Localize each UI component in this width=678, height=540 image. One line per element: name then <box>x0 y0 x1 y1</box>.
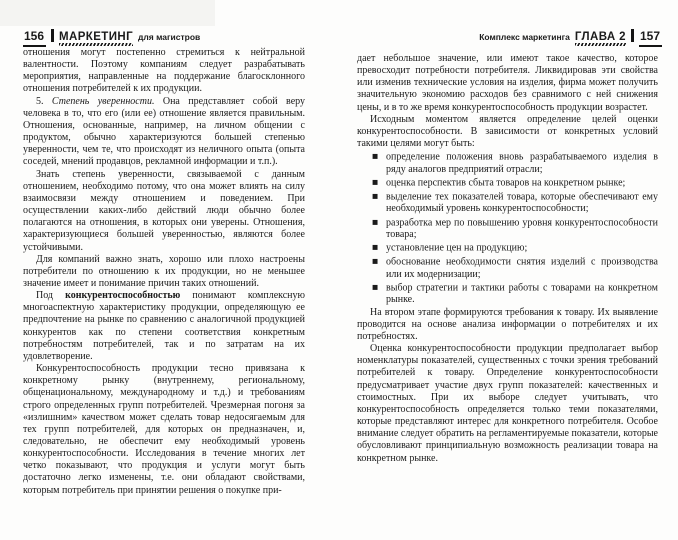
text-run: установление цен на продукцию; <box>386 243 527 254</box>
text-run: Конкурентоспособность продукции тесно пр… <box>23 363 305 496</box>
text-run: 5. <box>36 96 52 107</box>
bullet-square-icon: ■ <box>372 190 386 202</box>
paragraph: Конкурентоспособность продукции тесно пр… <box>23 363 305 497</box>
running-title: Комплекс маркетинга <box>479 32 570 42</box>
text-run: обоснование необходимости снятия изделий… <box>386 257 658 280</box>
text-run: Степень уверенности. <box>52 96 155 107</box>
text-run: конкурентоспособностью <box>65 290 180 301</box>
bullet-square-icon: ■ <box>372 255 386 267</box>
paragraph: дает небольшое значение, или имеют такое… <box>357 53 658 114</box>
text-run: выбор стратегии и тактики работы с товар… <box>386 282 658 305</box>
paragraph: Под конкурентоспособностью понимают комп… <box>23 290 305 363</box>
right-page-number: 157 <box>639 29 662 47</box>
text-run: Знать степень уверенности, связываемой с… <box>23 169 305 253</box>
bullet-square-icon: ■ <box>372 176 386 188</box>
bullet-item: ■оценка перспектив сбыта товаров на конк… <box>372 176 658 190</box>
bullet-item: ■установление цен на продукцию; <box>372 241 658 255</box>
paragraph: отношения могут постепенно стремиться к … <box>23 47 305 96</box>
text-run: определение положения вновь разрабатывае… <box>386 152 658 175</box>
bullet-item: ■определение положения вновь разрабатыва… <box>372 150 658 176</box>
left-page-number: 156 <box>23 29 46 47</box>
scan-artifact <box>0 0 215 26</box>
paragraph: Знать степень уверенности, связываемой с… <box>23 169 305 254</box>
bullet-item: ■обоснование необходимости снятия издели… <box>372 255 658 281</box>
bullet-square-icon: ■ <box>372 216 386 228</box>
bullet-item: ■разработка мер по повышению уровня конк… <box>372 216 658 242</box>
bullet-item: ■выделение тех показателей товара, котор… <box>372 190 658 216</box>
right-page-body: дает небольшое значение, или имеют такое… <box>357 53 658 465</box>
text-run: выделение тех показателей товара, которы… <box>386 191 658 214</box>
header-divider-bar <box>631 29 634 42</box>
bullet-square-icon: ■ <box>372 150 386 162</box>
text-run: дает небольшое значение, или имеют такое… <box>357 53 658 113</box>
paragraph: Исходным моментом является определение ц… <box>357 114 658 150</box>
paragraph: Для компаний важно знать, хорошо или пло… <box>23 254 305 290</box>
header-divider-bar <box>51 29 54 42</box>
right-page-header: Комплекс маркетингаГЛАВА 2157 <box>479 27 662 45</box>
paragraph: Оценка конкурентоспособности продукции п… <box>357 343 658 465</box>
text-run: разработка мер по повышению уровня конку… <box>386 217 658 240</box>
left-page-header: 156МАРКЕТИНГдля магистров <box>23 27 200 45</box>
left-page-body: отношения могут постепенно стремиться к … <box>23 47 305 497</box>
paragraph: На втором этапе формируются требования к… <box>357 307 658 343</box>
bullet-square-icon: ■ <box>372 281 386 293</box>
book-subtitle: для магистров <box>138 32 200 42</box>
text-run: Под <box>36 290 65 301</box>
book-spread: 156МАРКЕТИНГдля магистров отношения могу… <box>0 0 678 540</box>
text-run: Для компаний важно знать, хорошо или пло… <box>23 254 305 289</box>
chapter-label: ГЛАВА 2 <box>575 31 626 46</box>
text-run: отношения могут постепенно стремиться к … <box>23 47 305 94</box>
text-run: оценка перспектив сбыта товаров на конкр… <box>386 178 625 189</box>
text-run: На втором этапе формируются требования к… <box>357 307 658 342</box>
bullet-item: ■выбор стратегии и тактики работы с това… <box>372 281 658 307</box>
bullet-square-icon: ■ <box>372 241 386 253</box>
book-title: МАРКЕТИНГ <box>59 31 133 46</box>
text-run: Исходным моментом является определение ц… <box>357 114 658 149</box>
paragraph: 5. Степень уверенности. Она представляет… <box>23 96 305 169</box>
text-run: Оценка конкурентоспособности продукции п… <box>357 343 658 463</box>
